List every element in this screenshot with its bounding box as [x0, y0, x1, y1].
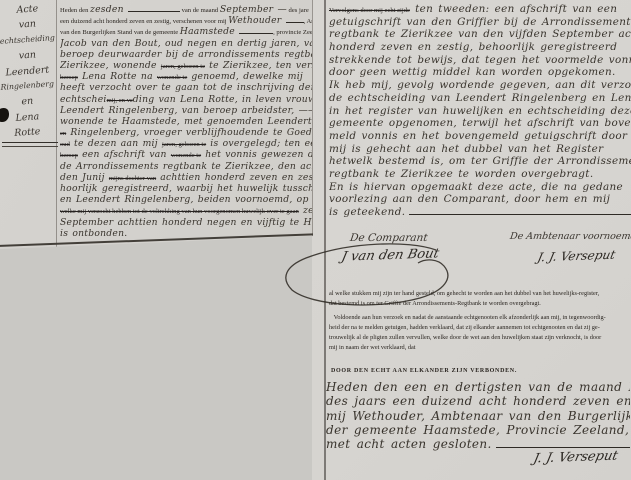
document-line: en Ringelenberg, vroeger verblijfhoudend…	[60, 127, 312, 138]
document-line: gemeente opgenomen, terwijl het afschrif…	[329, 117, 631, 130]
ruled-filler-line	[496, 443, 630, 448]
printed-clause-line: dat bestemd is om ter Griffie der Arrond…	[329, 300, 629, 310]
printed-clause: al welke stukken mij zijn ter hand geste…	[329, 290, 629, 354]
printed-smallcaps-line: DOOR DEN ECHT AAN ELKANDER ZIJN VERBONDE…	[331, 368, 517, 374]
ruled-filler-line	[409, 210, 631, 215]
document-line: getuigschrift van den Griffier bij de Ar…	[329, 16, 631, 29]
printed-clause-line: mij in naam der wet verklaard, dat	[329, 344, 629, 354]
document-line: Heden den zesden van de maand September …	[60, 4, 312, 15]
document-line: mij is gehecht aan het dubbel van het Re…	[329, 143, 631, 156]
document-line: hoorlijk geregistreerd, waarbij het huwe…	[60, 183, 312, 194]
document-line: Zierikzee, wonende jaren, geboren te te …	[60, 60, 312, 71]
margin-note: ActevanechtscheidingvanLeendertRingelenb…	[0, 4, 55, 143]
document-line: en Leendert Ringelenberg, beiden voornoe…	[60, 194, 312, 205]
closing-statement: Heden den een en dertigsten van de maand…	[326, 380, 630, 451]
scanned-document-backdrop: { "document_title": "Acte van echtscheid…	[0, 0, 631, 480]
signature-caption-official: De Ambtenaar voornoemd	[509, 231, 631, 242]
left-page-body: Heden den zesden van de maand September …	[60, 4, 312, 239]
left-page-sheet: ActevanechtscheidingvanLeendertRingelenb…	[0, 0, 313, 250]
document-line: hetwelk bestemd is, om ter Griffie der A…	[329, 155, 631, 168]
right-page-sheet: Vervolgens door mij echt zijde ten tweed…	[312, 0, 631, 480]
document-line: van den Burgerlijken Stand van de gemeen…	[60, 26, 312, 37]
printed-clause-line: Voldoende aan hun verzoek en nadat de aa…	[329, 314, 629, 324]
document-line: beroep Lena Rotte na wonende te genoemd,…	[60, 71, 312, 82]
document-line: regtbank te Zierikzee van den vijfden Se…	[329, 28, 631, 41]
document-line: den Junij mijns dochter van achttien hon…	[60, 172, 312, 183]
document-line: der gemeente Haamstede, Provincie Zeelan…	[326, 423, 630, 437]
document-line: meld vonnis en het bovengemeld getuigsch…	[329, 130, 631, 143]
document-line: beroep een afschrift van wonende te het …	[60, 149, 312, 160]
margin-underline	[2, 142, 58, 147]
document-line: strekkende tot bewijs, dat tegen het voo…	[329, 54, 631, 67]
closing-signature: J. J. Verseput	[532, 449, 619, 467]
document-line: voorlezing aan den Comparant, door hem e…	[329, 193, 631, 206]
document-line: mij Wethouder, Ambtenaar van den Burgerl…	[326, 409, 630, 423]
printed-clause-line: trouwelijk al de pligten zullen vervulle…	[329, 334, 629, 344]
signature-comparant: J van den Bout	[340, 246, 440, 264]
signature-caption-comparant: De Comparant	[349, 232, 428, 244]
document-line: honderd zeven en zestig, behoorlijk gere…	[329, 41, 631, 54]
document-line: de echtscheiding van Leendert Ringelenbe…	[329, 92, 631, 105]
signature-official: J. J. Verseput	[536, 248, 617, 265]
document-line: beroep deurwaarder bij de arrondissement…	[60, 49, 312, 60]
document-line: de Arrondissements regtbank te Zierikzee…	[60, 161, 312, 172]
document-line: heeft verzocht over te gaan tot de insch…	[60, 82, 312, 93]
printed-clause-line: al welke stukken mij zijn ter hand geste…	[329, 290, 629, 300]
left-page-right-edge	[312, 0, 313, 250]
document-line: Ik heb mij, gevolg wordende gegeven, aan…	[329, 79, 631, 92]
document-line: in het register van huwelijken en echtsc…	[329, 105, 631, 118]
printed-clause-line: heid der na te melden getuigen, hadden v…	[329, 324, 629, 334]
document-line: welke mij verzocht hebben tot de voltrek…	[60, 205, 312, 216]
document-line: door geen wettig middel kan worden opgek…	[329, 66, 631, 79]
document-line: Jacob van den Bout, oud negen en dertig …	[60, 38, 312, 49]
document-line: En is hiervan opgemaakt deze acte, die n…	[329, 181, 631, 194]
document-line: echtscheimij, en veding van Lena Rotte, …	[60, 94, 312, 105]
document-line: des jaars een duizend acht honderd zeven…	[326, 394, 630, 408]
document-line: oud te dezen aan mij jaren, geboren te i…	[60, 138, 312, 149]
document-line: Vervolgens door mij echt zijde ten tweed…	[329, 3, 631, 16]
document-line: regtbank te Zierikzee te worden overgebr…	[329, 168, 631, 181]
document-line: September achttien honderd negen en vijf…	[60, 217, 312, 228]
document-line: Heden den een en dertigsten van de maand…	[326, 380, 630, 394]
document-line: is geteekend.	[329, 206, 631, 219]
margin-rule-line	[56, 0, 57, 250]
document-line: Leendert Ringelenberg, van beroep arbeid…	[60, 105, 312, 116]
document-line: een duizend acht honderd zeven en zestig…	[60, 15, 312, 26]
document-line: wonende te Haamstede, met genoemden Leen…	[60, 116, 312, 127]
right-page-body: Vervolgens door mij echt zijde ten tweed…	[329, 3, 631, 219]
